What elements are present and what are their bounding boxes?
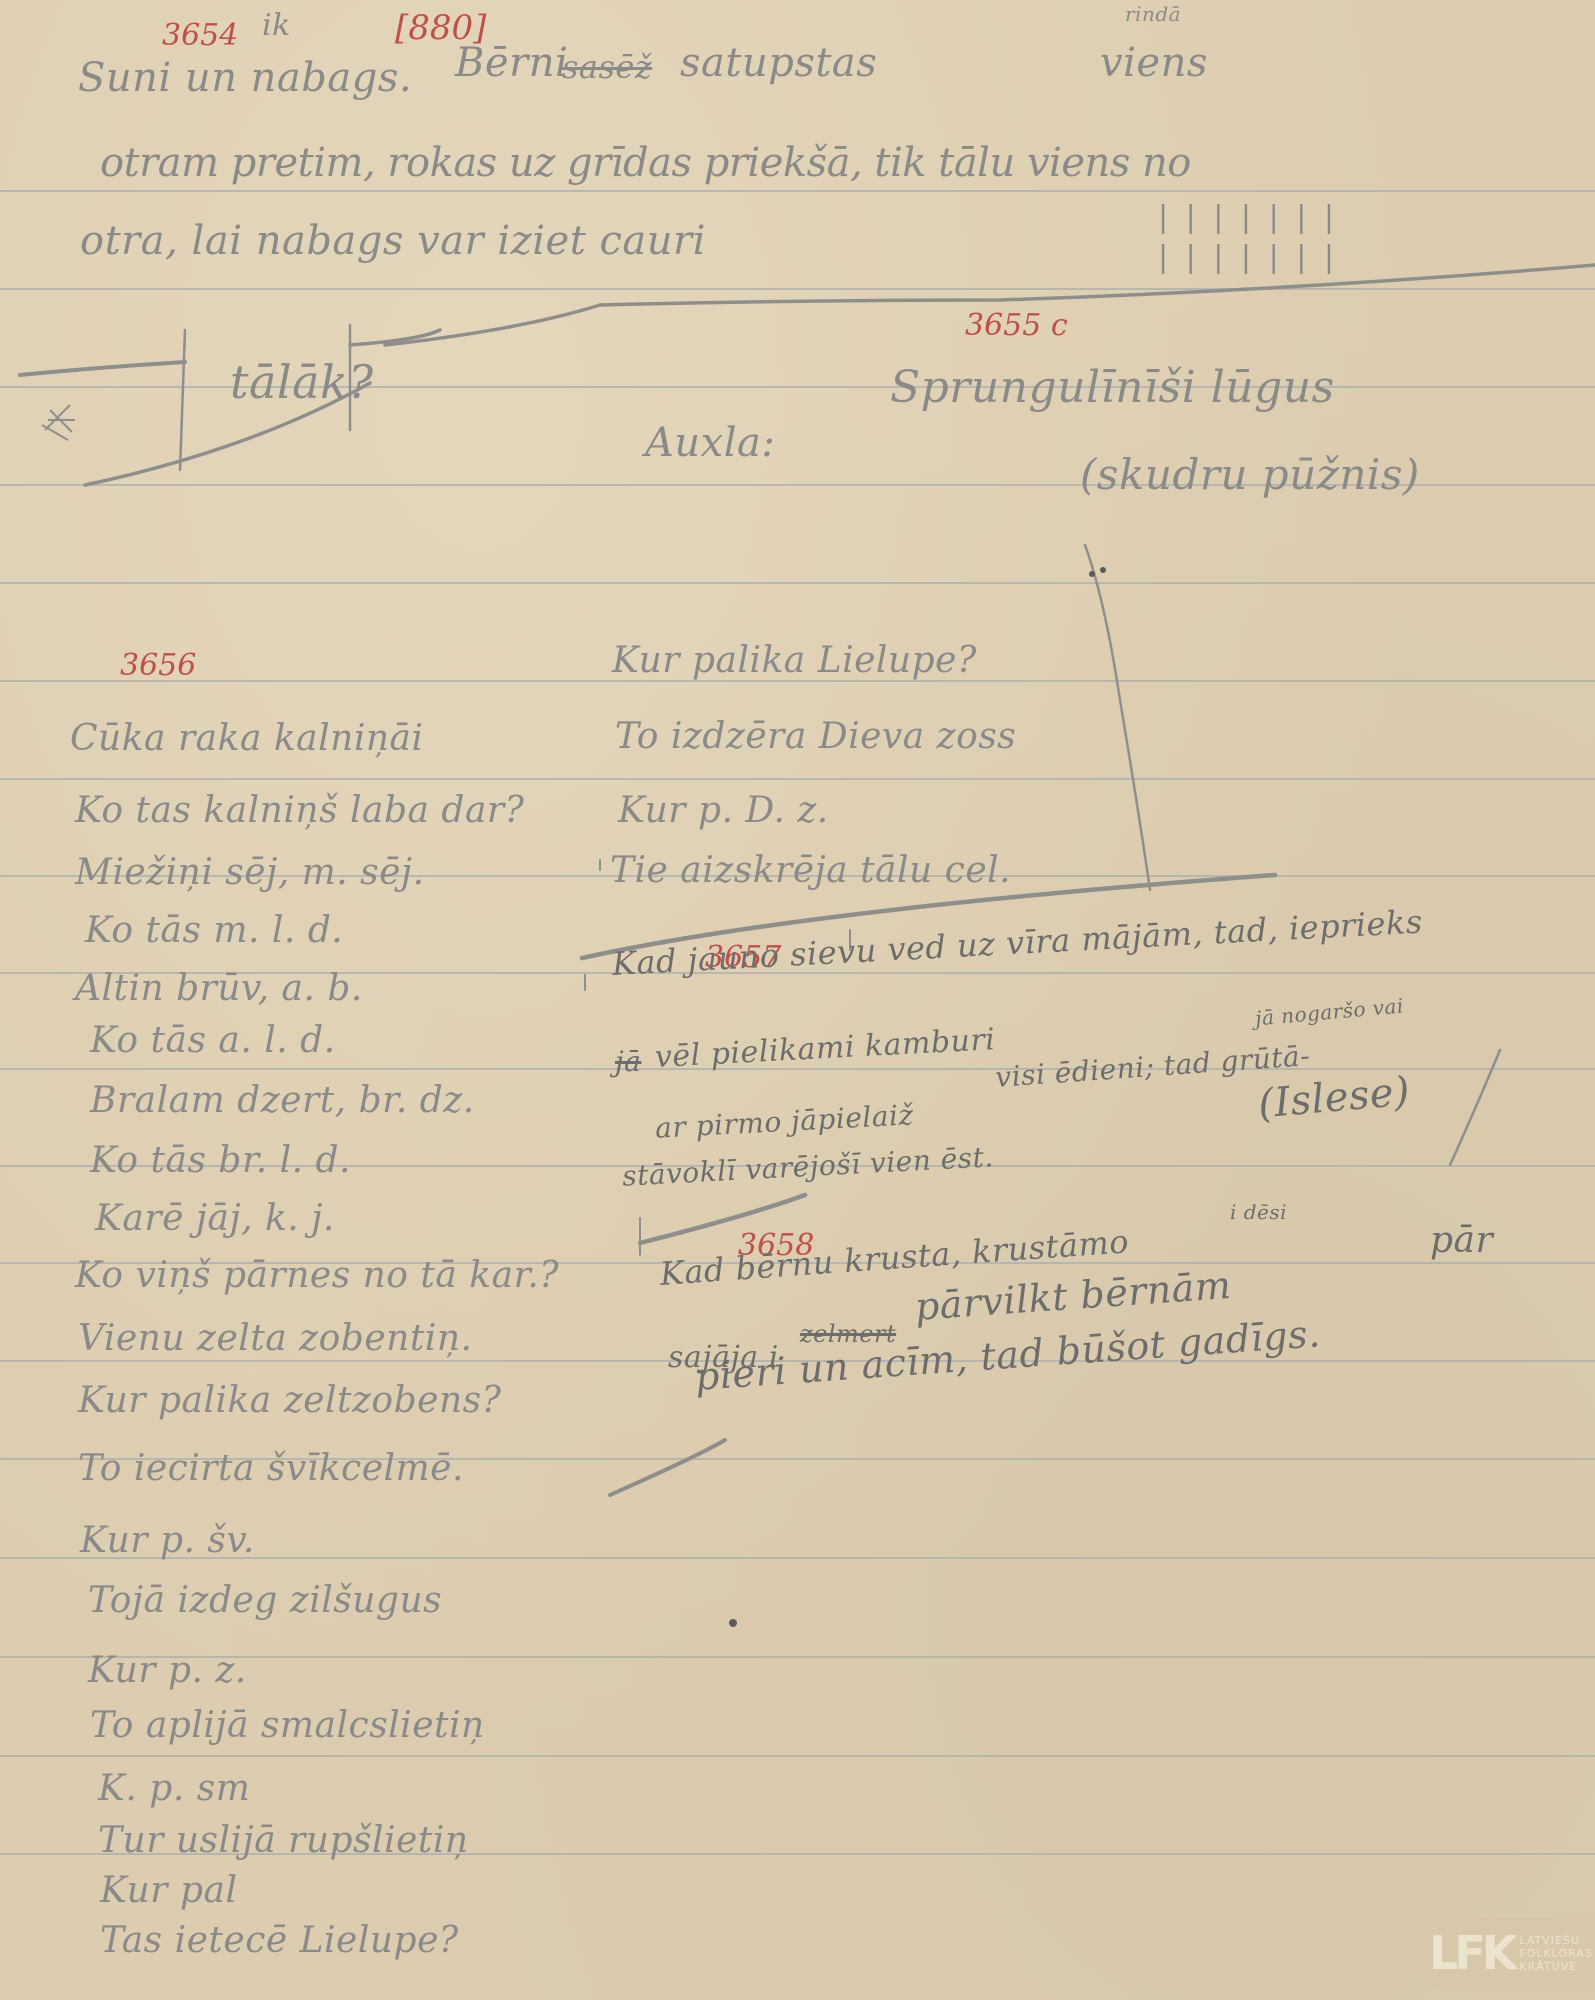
entry-3654-line2: otram pretim, rokas uz grīdas priekšā, t… (100, 140, 1191, 186)
entry-3655-note: (skudru pūžnis) (1080, 450, 1420, 499)
entry-code: ik (262, 8, 291, 43)
archive-name: LATVIEŠU FOLKLORAS KRĀTUVE (1519, 1934, 1592, 1973)
verse-line: Tur uslijā rupšlietiņ (98, 1820, 469, 1861)
entry-3658-line1-b: pār (1430, 1220, 1493, 1261)
verse-continuation-line: Kur p. D. z. (618, 790, 829, 831)
verse-line: Karē jāj, k. j. (95, 1198, 335, 1239)
verse-line: Vienu zelta zobentiņ. (78, 1318, 472, 1359)
archive-name-line1: LATVIEŠU (1519, 1934, 1592, 1947)
archive-logo-icon: LFK (1429, 1926, 1513, 1980)
entry-3657-struck-word: jā (615, 1045, 641, 1078)
entry-3655-title: Sprungulīnīši lūgus (890, 362, 1335, 413)
verse-continuation-line: Tie aizskrēja tālu cel. (610, 850, 1011, 891)
verse-line: Ko tās a. l. d. (90, 1020, 336, 1061)
verse-line: Ko tās m. l. d. (85, 910, 343, 951)
entry-number-3654: 3654 (162, 18, 238, 53)
entry-3655-label: Auxla: (645, 420, 775, 466)
verse-line: Ko viņš pārnes no tā kar.? (75, 1255, 559, 1296)
verse-line: To aplijā smalcslietiņ (90, 1705, 485, 1746)
verse-line: Ko tās br. l. d. (90, 1140, 351, 1181)
verse-line: Ko tas kalniņš laba dar? (75, 790, 524, 831)
entry-number-3655: 3655 c (965, 308, 1068, 343)
archive-watermark: LFK LATVIEŠU FOLKLORAS KRĀTUVE (1425, 1918, 1595, 1988)
verse-line: Altin brūv, a. b. (75, 968, 363, 1009)
entry-3654-struck-word: sasēž (562, 48, 652, 86)
verse-line: Tas ietecē Lielupe? (100, 1920, 459, 1961)
verse-line: To iecirta švīkcelmē. (78, 1448, 464, 1489)
verse-line: Kur palika zeltzobens? (78, 1380, 501, 1421)
tally-marks-row2: | | | | | | | (1158, 240, 1338, 275)
verse-line: K. p. sm (98, 1768, 250, 1809)
entry-3654-line1-b: Bērni (455, 40, 568, 86)
verse-line: Cūka raka kalniņāi (70, 718, 424, 759)
archive-name-line2: FOLKLORAS (1519, 1947, 1592, 1960)
verse-line: Kur p. šv. (80, 1520, 255, 1561)
entry-3654-line3: otra, lai nabags var iziet cauri (80, 218, 706, 264)
verse-continuation-line: Kur palika Lielupe? (612, 640, 977, 681)
entry-3658-insert: i dēsi (1230, 1200, 1287, 1224)
entry-3654-insert: rindā (1125, 2, 1181, 26)
archive-name-line3: KRĀTUVE (1519, 1960, 1592, 1973)
entry-number-3656: 3656 (120, 648, 196, 683)
manuscript-page: 3654 ik [880] Suni un nabags. Bērni sasē… (0, 0, 1595, 2000)
verse-continuation-line: To izdzēra Dieva zoss (615, 716, 1016, 757)
verse-line: Kur p. z. (88, 1650, 247, 1691)
entry-3654-line1-c: satupstas (680, 40, 877, 86)
question-tālāk: tālāk? (230, 355, 374, 409)
verse-line: Kur pal (100, 1870, 237, 1911)
tally-marks-row1: | | | | | | | (1158, 200, 1338, 235)
verse-line: Miežiņi sēj, m. sēj. (75, 852, 425, 893)
entry-3654-line1-a: Suni un nabags. (78, 55, 412, 101)
verse-line: Tojā izdeg zilšugus (88, 1580, 442, 1621)
entry-3654-line1-d: viens (1100, 40, 1208, 86)
verse-line: Bralam dzert, br. dz. (90, 1080, 475, 1121)
